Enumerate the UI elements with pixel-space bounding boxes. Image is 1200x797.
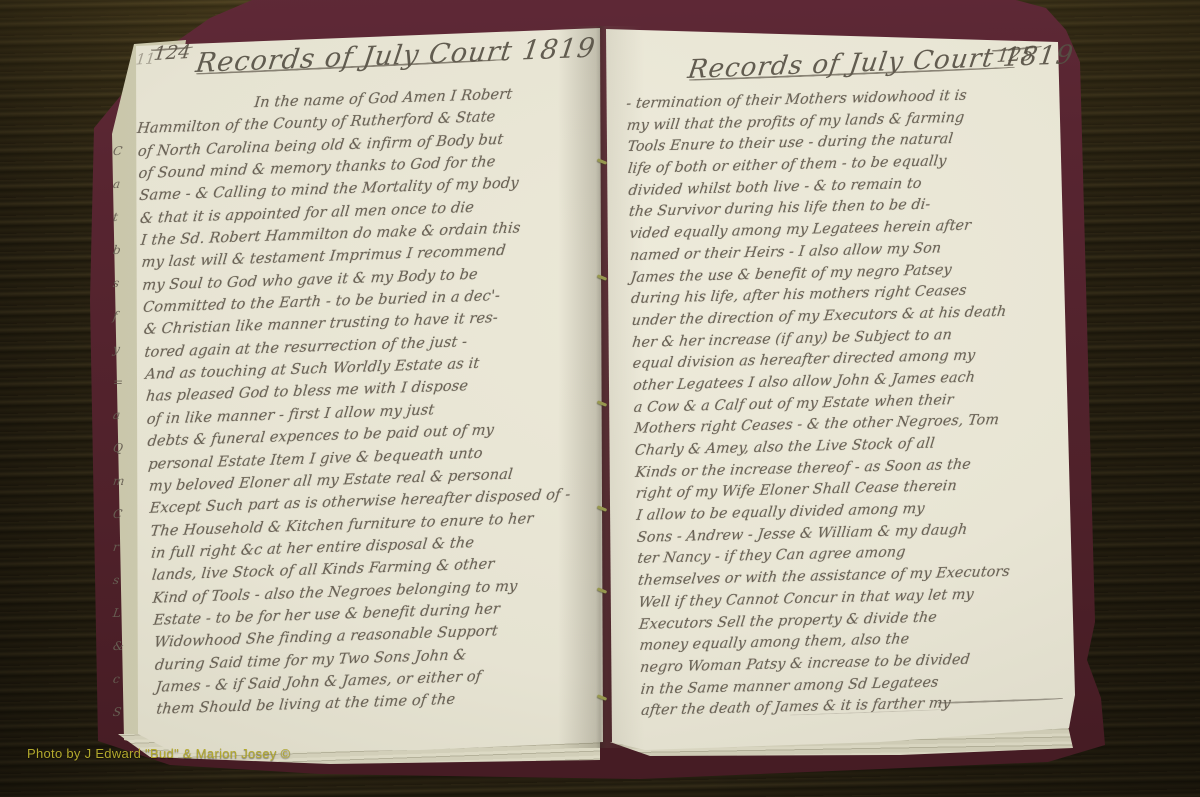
manuscript-line: = bbox=[112, 373, 126, 392]
left-edge-letter-fragments: Catbsfy=aQmCrsL&cS bbox=[113, 142, 124, 722]
manuscript-line: b bbox=[112, 241, 126, 260]
manuscript-line: y bbox=[112, 340, 126, 359]
manuscript-line: t bbox=[112, 208, 126, 227]
manuscript-line: a bbox=[112, 406, 126, 425]
right-page-manuscript-text: - termination of their Mothers widowhood… bbox=[626, 83, 1093, 723]
manuscript-line: S bbox=[112, 703, 126, 722]
manuscript-line: f bbox=[112, 307, 126, 326]
manuscript-line: & bbox=[112, 637, 126, 656]
photographer-watermark: Photo by J Edward "Bud" & Marion Josey © bbox=[27, 746, 290, 761]
manuscript-line: s bbox=[112, 571, 126, 590]
manuscript-line: C bbox=[112, 142, 126, 161]
manuscript-line: Q bbox=[112, 439, 126, 458]
manuscript-line: r bbox=[112, 538, 126, 557]
manuscript-line: c bbox=[112, 670, 126, 689]
manuscript-line: s bbox=[112, 274, 126, 293]
left-page-manuscript-text: In the name of God Amen I RobertHammilto… bbox=[136, 80, 628, 721]
manuscript-line: C bbox=[112, 505, 126, 524]
page-number-left: 124 bbox=[152, 41, 191, 65]
manuscript-line: m bbox=[112, 472, 126, 491]
photo-scene: 11 124 Records of July Court 1819 In the… bbox=[0, 0, 1200, 797]
manuscript-line: a bbox=[112, 175, 126, 194]
manuscript-line: L bbox=[112, 604, 126, 623]
